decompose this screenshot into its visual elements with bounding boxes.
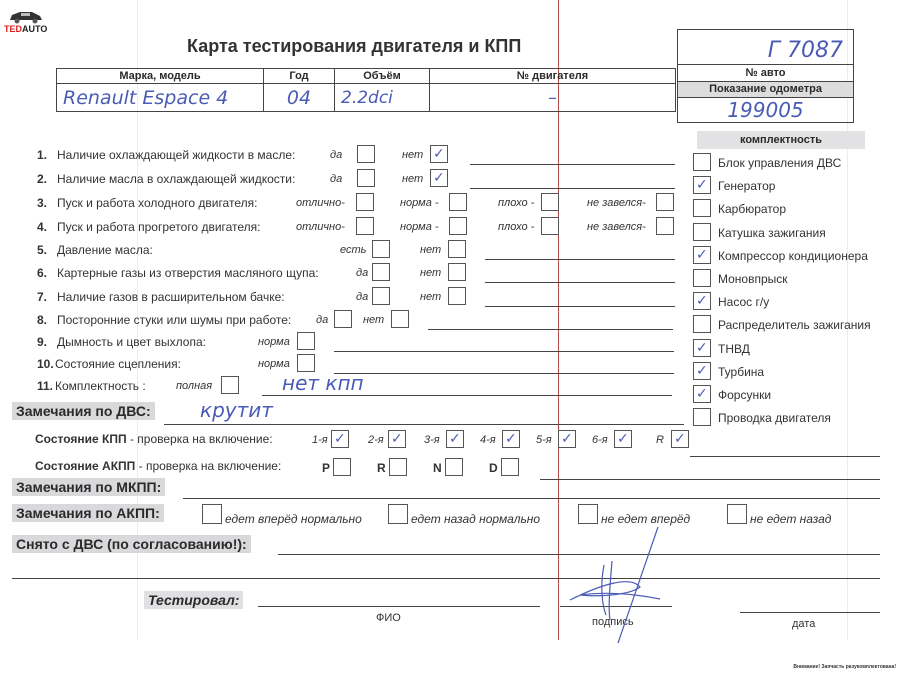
check-label: Комплектность :: [55, 379, 146, 393]
completeness-checkbox[interactable]: [693, 199, 711, 217]
completeness-note[interactable]: нет кпп: [282, 371, 364, 395]
check-label: Состояние сцепления:: [55, 357, 181, 371]
checkmark-icon: ✓: [696, 293, 708, 309]
completeness-item-label: Распределитель зажигания: [718, 318, 871, 332]
col-volume: Объём: [335, 69, 430, 84]
checkmark-icon: ✓: [696, 247, 708, 263]
car-icon: [8, 8, 44, 24]
check-number: 10.: [37, 357, 54, 371]
completeness-checkbox[interactable]: [693, 153, 711, 171]
kpp-label: Состояние КПП - проверка на включение:: [35, 432, 273, 446]
volume-value[interactable]: 2.2dci: [335, 84, 430, 112]
completeness-item-label: Катушка зажигания: [718, 226, 826, 240]
option-label: отлично-: [296, 221, 345, 233]
option-label: не завелся-: [587, 197, 646, 209]
option-label: нет: [363, 314, 384, 326]
completeness-item-label: Блок управления ДВС: [718, 156, 841, 170]
akpp-mode-checkbox[interactable]: [445, 458, 463, 476]
check-number: 9.: [37, 335, 47, 349]
akpp-label: Состояние АКПП - проверка на включение:: [35, 459, 281, 473]
kpp-label-bold: Состояние КПП: [35, 432, 127, 446]
engine-remarks-value[interactable]: крутит: [200, 398, 273, 422]
gear-checkbox[interactable]: ✓: [331, 430, 349, 448]
gear-checkbox[interactable]: ✓: [558, 430, 576, 448]
akpp-remark-checkbox[interactable]: [578, 504, 598, 524]
option-label: да: [356, 267, 368, 279]
completeness-checkbox[interactable]: ✓: [693, 246, 711, 264]
col-engine-number: № двигателя: [430, 69, 676, 84]
completeness-checkbox[interactable]: ✓: [693, 292, 711, 310]
completeness-item-label: Генератор: [718, 179, 775, 193]
checkmark-icon: ✓: [505, 431, 517, 447]
option-label: норма -: [400, 197, 439, 209]
option-checkbox[interactable]: ✓: [430, 169, 448, 187]
completeness-checkbox[interactable]: [693, 315, 711, 333]
gear-checkbox[interactable]: ✓: [671, 430, 689, 448]
completeness-item-label: Компрессор кондиционера: [718, 249, 868, 263]
akpp-label-rest: - проверка на включение:: [135, 459, 281, 473]
option-label: полная: [176, 380, 212, 392]
check-number: 4.: [37, 220, 47, 234]
completeness-item-label: Насос г/у: [718, 295, 769, 309]
akpp-remark-checkbox[interactable]: [727, 504, 747, 524]
option-checkbox[interactable]: [449, 217, 467, 235]
notes-line[interactable]: [470, 164, 675, 165]
checkmark-icon: ✓: [449, 431, 461, 447]
engine-remarks-label: Замечания по ДВС:: [12, 402, 155, 420]
completeness-title: комплектность: [697, 131, 865, 149]
check-label: Наличие масла в охлаждающей жидкости:: [57, 172, 295, 186]
akpp-mode-label: D: [489, 461, 498, 475]
completeness-item-label: Форсунки: [718, 388, 771, 402]
checkmark-icon: ✓: [696, 177, 708, 193]
akpp-remarks-label: Замечания по АКПП:: [12, 504, 164, 522]
auto-info-box: Г 7087 № авто Показание одометра 199005: [677, 29, 854, 123]
akpp-mode-label: N: [433, 461, 442, 475]
gear-label: 6-я: [592, 434, 608, 446]
option-checkbox[interactable]: [541, 193, 559, 211]
make-model-value[interactable]: Renault Espace 4: [57, 84, 264, 112]
col-make-model: Марка, модель: [57, 69, 264, 84]
checkmark-icon: ✓: [433, 146, 445, 162]
removed-line-2: [12, 578, 880, 579]
check-label: Давление масла:: [57, 243, 153, 257]
akpp-remark-label: не едет назад: [750, 512, 831, 526]
option-label: да: [316, 314, 328, 326]
option-label: не завелся-: [587, 221, 646, 233]
check-label: Дымность и цвет выхлопа:: [57, 335, 206, 349]
completeness-checkbox[interactable]: ✓: [693, 362, 711, 380]
option-checkbox[interactable]: [449, 193, 467, 211]
option-label: отлично-: [296, 197, 345, 209]
check-number: 1.: [37, 148, 47, 162]
checkmark-icon: ✓: [561, 431, 573, 447]
option-label: нет: [420, 267, 441, 279]
notes-line[interactable]: [334, 373, 674, 374]
gear-checkbox[interactable]: ✓: [446, 430, 464, 448]
checkmark-icon: ✓: [433, 170, 445, 186]
option-label: нет: [402, 149, 423, 161]
option-label: плохо -: [498, 221, 534, 233]
tested-by-label: Тестировал:: [144, 591, 243, 609]
akpp-remark-label: едет вперёд нормально: [225, 512, 362, 526]
check-number: 5.: [37, 243, 47, 257]
mkpp-remarks-line: [183, 498, 880, 499]
check-number: 6.: [37, 266, 47, 280]
engine-number-value[interactable]: –: [430, 84, 676, 112]
option-checkbox[interactable]: [334, 310, 352, 328]
option-checkbox[interactable]: [372, 240, 390, 258]
year-value[interactable]: 04: [264, 84, 335, 112]
completeness-item-label: Карбюратор: [718, 202, 786, 216]
option-checkbox[interactable]: [656, 217, 674, 235]
logo: TEDAUTO: [4, 8, 44, 34]
option-label: нет: [420, 244, 441, 256]
option-checkbox[interactable]: [356, 193, 374, 211]
notes-line[interactable]: [485, 259, 675, 260]
auto-number-value[interactable]: Г 7087: [768, 38, 843, 63]
notes-line[interactable]: [334, 351, 674, 352]
checkmark-icon: ✓: [674, 431, 686, 447]
odometer-value[interactable]: 199005: [678, 98, 853, 122]
option-checkbox[interactable]: [656, 193, 674, 211]
option-checkbox[interactable]: [297, 332, 315, 350]
odometer-label: Показание одометра: [678, 81, 853, 98]
completeness-checkbox[interactable]: ✓: [693, 385, 711, 403]
page-title: Карта тестирования двигателя и КПП: [187, 36, 521, 57]
checkmark-icon: ✓: [696, 340, 708, 356]
notes-line[interactable]: [485, 306, 675, 307]
option-checkbox[interactable]: [357, 145, 375, 163]
option-checkbox[interactable]: [391, 310, 409, 328]
checkmark-icon: ✓: [617, 431, 629, 447]
option-checkbox[interactable]: [448, 287, 466, 305]
notes-line[interactable]: [485, 282, 675, 283]
option-checkbox[interactable]: [541, 217, 559, 235]
logo-brand-red: TED: [4, 24, 22, 34]
signature-scribble-icon: [560, 525, 680, 645]
gear-label: 1-я: [312, 434, 328, 446]
check-label: Наличие охлаждающей жидкости в масле:: [57, 148, 295, 162]
checkmark-icon: ✓: [696, 386, 708, 402]
option-label: норма -: [400, 221, 439, 233]
check-label: Посторонние стуки или шумы при работе:: [57, 313, 291, 327]
check-number: 3.: [37, 196, 47, 210]
akpp-remark-label: едет назад нормально: [411, 512, 540, 526]
akpp-line: [540, 479, 880, 480]
completeness-checkbox[interactable]: ✓: [693, 339, 711, 357]
option-label: норма: [258, 336, 290, 348]
completeness-item-label: Турбина: [718, 365, 764, 379]
checkmark-icon: ✓: [334, 431, 346, 447]
date-line[interactable]: [740, 612, 880, 613]
option-checkbox[interactable]: [221, 376, 239, 394]
akpp-mode-checkbox[interactable]: [501, 458, 519, 476]
akpp-mode-label: P: [322, 461, 330, 475]
completeness-checkbox[interactable]: [693, 269, 711, 287]
notes-line[interactable]: [428, 329, 673, 330]
option-checkbox[interactable]: ✓: [430, 145, 448, 163]
gear-label: 2-я: [368, 434, 384, 446]
engine-remarks-line: [164, 424, 684, 425]
option-label: нет: [402, 173, 423, 185]
completeness-checkbox[interactable]: [693, 408, 711, 426]
check-label: Пуск и работа прогретого двигателя:: [57, 220, 261, 234]
option-label: нет: [420, 291, 441, 303]
completeness-checkbox[interactable]: [693, 223, 711, 241]
completeness-checkbox[interactable]: ✓: [693, 176, 711, 194]
kpp-line: [690, 456, 880, 457]
option-checkbox[interactable]: [448, 240, 466, 258]
checkmark-icon: ✓: [391, 431, 403, 447]
notes-line[interactable]: [262, 395, 672, 396]
akpp-remark-checkbox[interactable]: [388, 504, 408, 524]
gear-checkbox[interactable]: ✓: [388, 430, 406, 448]
auto-number-label: № авто: [678, 64, 853, 79]
gear-checkbox[interactable]: ✓: [502, 430, 520, 448]
notes-line[interactable]: [470, 188, 675, 189]
check-label: Пуск и работа холодного двигателя:: [57, 196, 257, 210]
logo-brand-dark: AUTO: [22, 24, 47, 34]
checkmark-icon: ✓: [696, 363, 708, 379]
mkpp-remarks-label: Замечания по МКПП:: [12, 478, 165, 496]
date-caption: дата: [792, 618, 815, 630]
option-label: да: [356, 291, 368, 303]
check-number: 8.: [37, 313, 47, 327]
akpp-remark-checkbox[interactable]: [202, 504, 222, 524]
vehicle-info-table: Марка, модель Год Объём № двигателя Rena…: [56, 68, 676, 112]
option-label: плохо -: [498, 197, 534, 209]
option-checkbox[interactable]: [372, 263, 390, 281]
option-label: да: [330, 149, 342, 161]
check-number: 11.: [37, 379, 53, 393]
completeness-item-label: Моновпрыск: [718, 272, 788, 286]
check-number: 2.: [37, 172, 47, 186]
gear-label: 3-я: [424, 434, 440, 446]
removed-label: Снято с ДВС (по согласованию!):: [12, 535, 251, 553]
kpp-label-rest: - проверка на включение:: [127, 432, 273, 446]
gear-label: R: [656, 434, 664, 446]
option-checkbox[interactable]: [448, 263, 466, 281]
akpp-remark-label: не едет вперёд: [601, 512, 690, 526]
akpp-mode-checkbox[interactable]: [333, 458, 351, 476]
check-label: Картерные газы из отверстия масляного щу…: [57, 266, 319, 280]
gear-label: 5-я: [536, 434, 552, 446]
akpp-mode-label: R: [377, 461, 386, 475]
akpp-mode-checkbox[interactable]: [389, 458, 407, 476]
fio-line[interactable]: [258, 606, 540, 607]
col-year: Год: [264, 69, 335, 84]
option-label: норма: [258, 358, 290, 370]
check-number: 7.: [37, 290, 47, 304]
option-checkbox[interactable]: [357, 169, 375, 187]
completeness-item-label: Проводка двигателя: [718, 411, 831, 425]
gear-checkbox[interactable]: ✓: [614, 430, 632, 448]
option-checkbox[interactable]: [297, 354, 315, 372]
gear-label: 4-я: [480, 434, 496, 446]
completeness-item-label: ТНВД: [718, 342, 750, 356]
option-label: есть: [340, 244, 366, 256]
akpp-label-bold: Состояние АКПП: [35, 459, 135, 473]
fio-caption: ФИО: [376, 612, 401, 624]
option-checkbox[interactable]: [372, 287, 390, 305]
footer-note: Внимание! Запчасть разукомплектована!: [793, 664, 896, 670]
option-label: да: [330, 173, 342, 185]
check-label: Наличие газов в расширительном бачке:: [57, 290, 285, 304]
option-checkbox[interactable]: [356, 217, 374, 235]
